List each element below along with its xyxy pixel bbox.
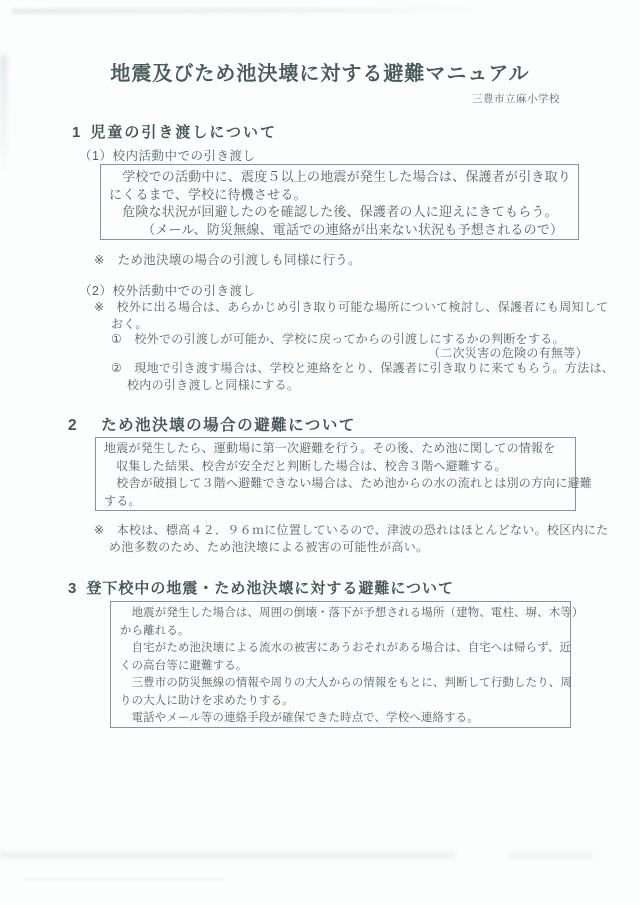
section-2-number: 2 — [68, 417, 78, 435]
box-line: から離れる。 — [120, 623, 565, 641]
school-name: 三豊市立麻小学校 — [472, 91, 560, 106]
scan-artifact-bottom-streak-3 — [25, 878, 225, 881]
scan-artifact-top-streak — [12, 7, 482, 14]
section-3-number: 3 — [68, 580, 77, 597]
page-title: 地震及びため池決壊に対する避難マニュアル — [0, 57, 640, 86]
item-circled-2-line1: ② 現地で引き渡す場合は、学校と連絡をとり、保護者に引き取りに来てもらう。方法は… — [111, 359, 614, 376]
section-1-number: 1 — [72, 124, 82, 141]
box-line: 校舎が破損して３階へ避難できない場合は、ため池からの水の流れとは別の方向に避難 — [104, 475, 569, 493]
box-line: 三豊市の防災無線の情報や周りの大人からの情報をもとに、判断して行動したり、周 — [120, 675, 565, 693]
note-offsite-line1: ※ 校外に出る場合は、あらかじめ引き取り可能な場所について検討し、保護者にも周知… — [94, 298, 608, 315]
box-line: （メール、防災無線、電話での連絡が出来ない状況も予想されるので） — [109, 221, 572, 239]
box-line: りの大人に助けを求めたりする。 — [120, 693, 565, 711]
scan-artifact-bottom-streak-2 — [508, 853, 593, 858]
box-line: 学校での活動中に、震度５以上の地震が発生した場合は、保護者が引き取り — [109, 168, 572, 186]
box-line: くの高台等に避難する。 — [120, 658, 565, 676]
section-1-title: 児童の引き渡しについて — [90, 121, 277, 142]
box-line: 自宅がため池決壊による流水の被害にあうおそれがある場合は、自宅へは帰らず、近 — [120, 640, 565, 658]
subsection-1-2-label: （2）校外活動中での引き渡し — [79, 281, 255, 299]
commute-evacuation-box: 地震が発生した場合は、周囲の倒壊・落下が予想される場所（建物、電柱、塀、木等） … — [110, 601, 571, 728]
reservoir-evacuation-box: 地震が発生したら、運動場に第一次避難を行う。その後、ため池に関しての情報を 収集… — [95, 437, 576, 511]
section-3-title: 登下校中の地震・ため池決壊に対する避難について — [86, 577, 454, 598]
note-reservoir-handover: ※ ため池決壊の場合の引渡しも同様に行う。 — [94, 250, 361, 268]
scanned-document-page: 地震及びため池決壊に対する避難マニュアル 三豊市立麻小学校 1 児童の引き渡しに… — [0, 0, 640, 905]
section-1-heading: 1 児童の引き渡しについて — [72, 121, 277, 142]
note-elevation-line1: ※ 本校は、標高４２．９６ｍに位置しているので、津波の恐れはほとんどない。校区内… — [94, 521, 608, 538]
box-line: にくるまで、学校に待機させる。 — [109, 186, 572, 204]
item-circled-2-line2: 校内の引き渡しと同様にする。 — [127, 376, 299, 393]
note-elevation-line2: め池多数のため、ため池決壊による被害の可能性が高い。 — [109, 538, 428, 555]
subsection-1-1-label: （1）校内活動中での引き渡し — [79, 146, 255, 164]
scan-artifact-bottom-streak — [0, 852, 455, 858]
box-line: 地震が発生したら、運動場に第一次避難を行う。その後、ため池に関しての情報を — [104, 440, 569, 458]
box-line: 収集した結果、校舎が安全だと判断した場合は、校舎３階へ避難する。 — [104, 458, 569, 476]
section-2-title: ため池決壊の場合の避難について — [101, 413, 356, 435]
box-line: 危険な状況が回避したのを確認した後、保護者の人に迎えにきてもらう。 — [109, 203, 572, 221]
section-3-heading: 3 登下校中の地震・ため池決壊に対する避難について — [68, 577, 454, 598]
section-2-heading: 2 ため池決壊の場合の避難について — [68, 413, 356, 435]
inschool-handover-box: 学校での活動中に、震度５以上の地震が発生した場合は、保護者が引き取り にくるまで… — [100, 164, 579, 240]
box-line: する。 — [104, 493, 569, 511]
box-line: 地震が発生した場合は、周囲の倒壊・落下が予想される場所（建物、電柱、塀、木等） — [120, 605, 565, 623]
box-line: 電話やメール等の連絡手段が確保できた時点で、学校へ連絡する。 — [120, 710, 565, 728]
